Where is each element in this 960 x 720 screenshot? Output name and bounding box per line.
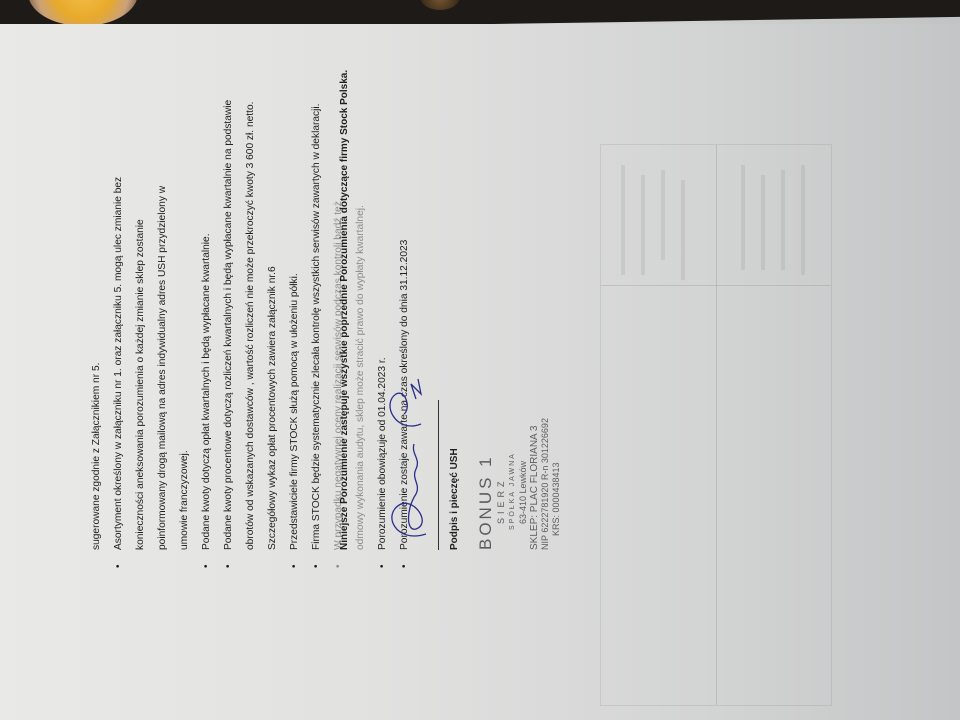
list-item: •Firma STOCK będzie systematycznie zleca…: [306, 30, 328, 550]
list-item-line: umowie franczyzowej.: [174, 30, 196, 550]
signature-line: [438, 400, 439, 550]
list-item: •Podane kwoty procentowe dotyczą rozlicz…: [218, 30, 262, 550]
list-item-line: Asortyment określony w załączniku nr 1. …: [108, 30, 130, 550]
list-item: •Przedstawiciele firmy STOCK służą pomoc…: [284, 30, 306, 550]
stamp-line4: NIP 6222781920 R-n 301226692: [540, 418, 551, 550]
list-item-line: Podane kwoty procentowe dotyczą rozlicze…: [218, 30, 240, 550]
stamp-name: BONUS 1: [476, 418, 496, 550]
bullet-icon: •: [196, 564, 218, 568]
signature-label: Podpis i pieczęć USH: [444, 448, 466, 550]
agreement-terms-list: sugerowane zgodnie z Załącznikiem nr 5.•…: [86, 30, 416, 550]
list-item-line: obrotów od wskazanych dostawców , wartoś…: [240, 30, 262, 550]
bullet-icon: •: [394, 564, 416, 568]
bullet-icon: •: [328, 564, 350, 568]
bullet-icon: •: [108, 564, 130, 568]
bullet-icon: •: [306, 564, 328, 568]
document-page: 2 sugerowane zgodnie z Załącznikiem nr 5…: [86, 0, 686, 620]
bullet-icon: •: [284, 564, 306, 568]
stamp-line5: KRS: 0000438413: [551, 418, 562, 550]
list-item-line: Przedstawiciele firmy STOCK służą pomocą…: [284, 30, 306, 550]
bullet-icon: •: [372, 564, 394, 568]
list-item-line: Podane kwoty dotyczą opłat kwartalnych i…: [196, 30, 218, 550]
list-item: sugerowane zgodnie z Załącznikiem nr 5.: [86, 30, 108, 550]
list-item-line: poinformowany drogą mailową na adres ind…: [152, 30, 174, 550]
list-item-line: Firma STOCK będzie systematycznie zlecał…: [306, 30, 328, 550]
list-item-line: konieczności aneksowania porozumienia o …: [130, 30, 152, 550]
list-item: •Podane kwoty dotyczą opłat kwartalnych …: [196, 30, 218, 550]
list-item-line: Szczegółowy wykaz opłat procentowych zaw…: [262, 30, 284, 550]
list-item-line: sugerowane zgodnie z Załącznikiem nr 5.: [86, 30, 108, 550]
stamp-line3: SKLEP: PLAC FLORIANA 3: [529, 418, 540, 550]
supersedes-note: Niniejsze Porozumienie zastępuje wszystk…: [334, 70, 356, 550]
bullet-icon: •: [218, 564, 240, 568]
stamp-city: SIERZ: [496, 418, 507, 550]
handwritten-signature: [376, 374, 436, 544]
list-item: Szczegółowy wykaz opłat procentowych zaw…: [262, 30, 284, 550]
company-stamp: BONUS 1 SIERZ SPÓŁKA JAWNA 63-410 Lewków…: [476, 418, 562, 550]
stamp-line1: SPÓŁKA JAWNA: [507, 418, 518, 550]
stamp-line2: 63-410 Lewków: [518, 418, 529, 550]
list-item: •Asortyment określony w załączniku nr 1.…: [108, 30, 196, 550]
signature-block: Podpis i pieczęć USH BONUS 1 SIERZ SPÓŁK…: [376, 330, 576, 550]
